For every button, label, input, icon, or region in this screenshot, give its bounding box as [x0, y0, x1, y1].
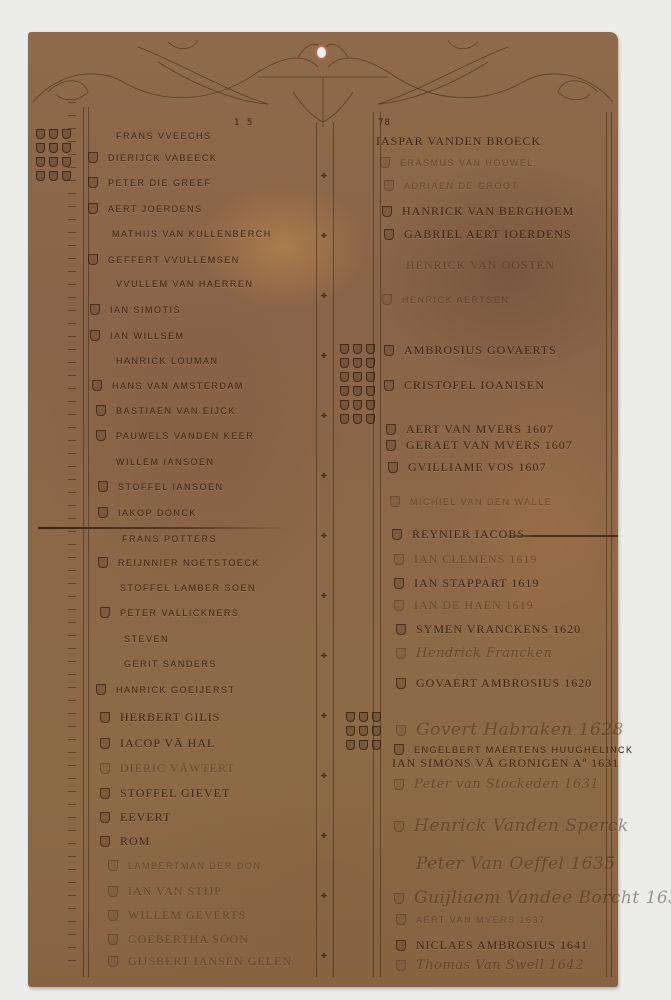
name-entry: Ian De Haen 1619: [394, 598, 534, 613]
hallmark-cluster: [340, 344, 375, 424]
rule-line: [373, 112, 374, 977]
name-entry: Hanrick Louman: [96, 355, 219, 366]
name-entry: Cristofel Ioanisen: [384, 378, 545, 393]
copper-plate: 1 5 78 ✤ ✤ ✤ ✤ ✤ ✤ ✤ ✤ ✤ ✤ ✤ ✤ ✤ ✤ Frans…: [28, 32, 618, 987]
name-entry: Dieric Vāwtert: [100, 761, 235, 776]
name-entry: Ian Simons Vā Gronigen Aº 1631: [386, 756, 619, 771]
name-entry: Gabriel Aert Ioerdens: [384, 227, 572, 242]
name-entry: Adriaen De Groot: [384, 180, 519, 191]
name-entry: Aert Van Mvers 1607: [386, 422, 554, 437]
name-entry: Iaspar Vanden Broeck: [368, 134, 541, 149]
name-entry: Willem Iansoen: [96, 456, 215, 467]
name-entry: Gijsbert Iansen Gelen: [108, 954, 292, 969]
name-entry: Reynier Iacobs: [392, 527, 525, 542]
name-entry: Reijnnier Noetstoeck: [98, 557, 260, 568]
name-entry: Steven: [104, 633, 169, 644]
rule-line: [88, 107, 89, 977]
name-entry: Ambrosius Govaerts: [384, 343, 557, 358]
name-entry: Goebertha Soon: [108, 932, 249, 947]
column-number-left: 1 5: [234, 118, 253, 128]
name-entry: Symen Vranckens 1620: [396, 622, 581, 637]
name-entry: Frans Vveechs: [96, 130, 212, 141]
name-entry: Stoffel Gievet: [100, 786, 230, 801]
column-number-right: 78: [378, 118, 391, 128]
name-entry: Herbert Gilis: [100, 710, 220, 725]
name-entry: Hanrick Goeijerst: [96, 684, 236, 695]
name-entry: Gvilliame Vos 1607: [388, 460, 546, 475]
name-entry: Pauwels Vanden Keer: [96, 430, 254, 441]
name-entry: Ian Simotis: [90, 304, 181, 315]
name-entry: Ian Clemens 1619: [394, 552, 537, 567]
rule-line: [83, 107, 84, 977]
name-entry: Henrick Vanden Sperck: [394, 816, 629, 836]
name-entry: Mathiis Van Kullenberch: [92, 228, 272, 239]
name-entry: Rom: [100, 834, 150, 849]
name-entry: Peter Die Greef: [88, 177, 212, 188]
name-entry: Eevert: [100, 810, 171, 825]
name-entry: Aert Van Mvers 1637: [396, 914, 546, 925]
name-entry: Hans Van Amsterdam: [92, 380, 244, 391]
left-ruled-margin: [68, 102, 76, 972]
name-entry: Gerit Sanders: [104, 658, 217, 669]
name-entry: Thomas Van Swell 1642: [396, 958, 584, 973]
name-entry: Stoffel Iansoen: [98, 481, 224, 492]
name-entry: Iakop Donck: [98, 507, 197, 518]
name-entry: Ian Van Stijp: [108, 884, 222, 899]
name-entry: Ian Willsem: [90, 330, 185, 341]
rule-line: [611, 112, 612, 977]
name-entry: Lambertman Der Don: [108, 860, 261, 871]
name-entry: Iacop Vā Hal: [100, 736, 215, 751]
hallmark-cluster: [346, 712, 381, 750]
name-entry: Govaert Ambrosius 1620: [396, 676, 592, 691]
rule-line: [606, 112, 607, 977]
name-entry: Henrick Van Oosten: [386, 258, 555, 273]
name-entry: Niclaes Ambrosius 1641: [396, 938, 588, 953]
name-entry: Stoffel Lamber Soen: [100, 582, 256, 593]
name-entry: Peter van Stockeden 1631: [394, 777, 599, 792]
name-entry: Vvullem Van Haerren: [96, 278, 253, 289]
name-entry: Govert Habraken 1628: [396, 720, 624, 740]
hallmark-cluster: [36, 129, 71, 181]
name-entry: Michiel Van Den Walle: [390, 496, 552, 507]
name-entry: Henrick Aertsen: [382, 294, 509, 305]
name-entry: Hanrick Van Berghoem: [382, 204, 574, 219]
name-entry: Frans Potters: [102, 533, 217, 544]
name-entry: Hendrick Francken: [396, 646, 552, 661]
name-entry: Willem Geverts: [108, 908, 246, 923]
name-entry: Dierijck Vabeeck: [88, 152, 217, 163]
name-entry: Peter Vallickners: [100, 607, 239, 618]
name-entry: Geraet Van Mvers 1607: [386, 438, 573, 453]
hanging-hole: [317, 47, 326, 58]
name-entry: Guijliaem Vandee Borcht 1637: [394, 888, 671, 908]
name-entry: Ian Stappart 1619: [394, 576, 539, 591]
name-entry: Bastiaen Van Eijck: [96, 405, 236, 416]
name-entry: Aert Joerdens: [88, 203, 203, 214]
name-entry: Peter Van Oeffel 1635: [396, 854, 616, 874]
rule-line: [380, 112, 381, 977]
name-entry: Erasmus Van Houwel: [380, 157, 534, 168]
rule-line: [333, 122, 334, 977]
rule-line: [316, 122, 317, 977]
name-entry: Engelbert Maertens Huughelinck: [394, 744, 634, 755]
plate-crack: [38, 527, 288, 529]
name-entry: Geffert Vvullemsen: [88, 254, 240, 265]
